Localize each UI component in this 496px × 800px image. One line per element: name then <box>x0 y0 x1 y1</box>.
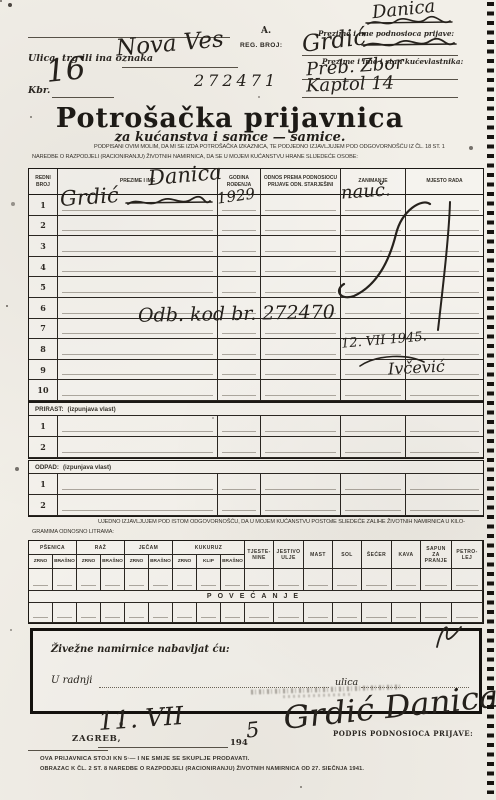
persons-data-cell <box>58 339 218 360</box>
supplies-entry-cell <box>362 603 392 623</box>
supplies-group-header: JESTIVO ULJE <box>274 541 304 569</box>
supplies-entry-cell <box>149 603 173 623</box>
row-number-cell: 2 <box>29 437 58 458</box>
persons-header-cell: MJESTO RADA <box>406 169 483 195</box>
persons-data-cell <box>58 257 218 278</box>
prirast-label-suffix: (izpunjava vlast) <box>68 406 116 413</box>
supplies-group-header: TJESTE- NINE <box>245 541 274 569</box>
supplies-sub-header: ZRNO <box>77 555 101 569</box>
sub-table-data-cell <box>341 437 406 458</box>
supplies-entry-cell <box>274 569 304 591</box>
landlord-handwritten-line2: Kaptol 14 <box>306 74 395 95</box>
supplies-entry-cell <box>362 569 392 591</box>
persons-data-cell <box>261 195 341 216</box>
supplies-entry-cell <box>173 569 197 591</box>
sub-table-data-cell <box>406 495 483 516</box>
sub-table-data-cell <box>406 437 483 458</box>
supplies-entry-cell <box>149 569 173 591</box>
row-number-cell: 3 <box>29 236 58 257</box>
supplies-group-header: ŠEĆER <box>362 541 392 569</box>
prirast-section: PRIRAST: (izpunjava vlast) 12 <box>28 402 484 459</box>
odpad-label-suffix: (izpunjava vlast) <box>63 464 111 471</box>
sub-table-data-cell <box>218 474 261 495</box>
supplies-entry-cell <box>53 569 77 591</box>
crossed-out-name-scribble <box>362 37 456 53</box>
povecanje-row: POVEĆANJE <box>29 591 483 603</box>
sub-table-data-cell <box>58 437 218 458</box>
city-label: ZAGREB, <box>72 734 121 744</box>
row-number-cell: 10 <box>29 380 58 401</box>
purchase-line1: Živežne namirnice nabavljat ću: <box>51 644 230 655</box>
row-number-cell: 1 <box>29 416 58 437</box>
supplies-sub-header: ZRNO <box>29 555 53 569</box>
persons-data-cell <box>58 380 218 401</box>
section-letter: A. <box>261 26 271 36</box>
supplies-entry-cell <box>173 603 197 623</box>
reg-number-label: REG. BROJ: <box>240 42 282 49</box>
supplies-sub-header: BRAŠNO <box>101 555 125 569</box>
handwritten-flourish <box>332 200 462 335</box>
footer-divider-line <box>28 750 108 751</box>
row-number-cell: 2 <box>29 495 58 516</box>
row-number-cell: 8 <box>29 339 58 360</box>
supplies-group-header: KUKURUZ <box>173 541 245 555</box>
street-writing-line <box>122 67 238 68</box>
declaration-line2: NAREDBE O RAZPODJELI (RACIONIRANJU) ŽIVO… <box>32 153 358 163</box>
supplies-entry-cell <box>125 569 149 591</box>
person-row1-surname-handwritten: Grdić <box>59 185 119 210</box>
supplies-entry-cell <box>245 569 274 591</box>
supplies-entry-cell <box>304 603 333 623</box>
supplies-entry-cell <box>77 569 101 591</box>
supplies-entry-cell <box>197 569 221 591</box>
persons-data-cell <box>218 380 261 401</box>
supplies-declaration-line1: UJEDNO IZJAVLJUJEM POD ISTOM ODGOVORNOŠĆ… <box>32 518 465 528</box>
sub-table-data-cell <box>261 495 341 516</box>
persons-data-cell <box>261 257 341 278</box>
supplies-group-header: JEČAM <box>125 541 173 555</box>
price-note: OVA PRIJAVNICA STOJI KN 5·— I NE SMIJE S… <box>40 756 250 762</box>
supplies-entry-cell <box>304 569 333 591</box>
cancellation-note-handwritten: Odb. kod br. 272470 <box>138 303 335 325</box>
official-signature-handwritten: Ivčević <box>388 359 446 378</box>
persons-header-cell: REDNI BROJ <box>29 169 58 195</box>
form-reference-note: OBRAZAC K ČL. 2 ST. 8 NAREDBE O RAZPODJE… <box>40 766 364 772</box>
sub-table-data-cell <box>406 416 483 437</box>
supplies-entry-cell <box>221 569 245 591</box>
year-printed: 194 <box>230 738 248 748</box>
prirast-label: PRIRAST: <box>35 406 64 413</box>
scan-noise-speckles <box>0 0 2 2</box>
sub-table-data-cell <box>341 416 406 437</box>
street-handwritten-value: Nova Ves <box>115 28 225 60</box>
sub-table-data-cell <box>58 416 218 437</box>
persons-data-cell <box>218 277 261 298</box>
persons-data-cell <box>261 380 341 401</box>
persons-data-cell <box>261 360 341 381</box>
supplies-entry-cell <box>197 603 221 623</box>
sub-table-data-cell <box>261 437 341 458</box>
sub-table-data-cell <box>261 474 341 495</box>
applicant-surname-handwritten: Grdić <box>301 26 368 57</box>
supplies-entry-cell <box>221 603 245 623</box>
supplies-group-header: RAŽ <box>77 541 125 555</box>
persons-data-cell <box>406 380 483 401</box>
persons-data-cell <box>58 216 218 237</box>
persons-data-cell <box>218 360 261 381</box>
supplies-entry-cell <box>29 603 53 623</box>
supplies-declaration-line2: GRAMIMA ODNOSNO LITRAMA: <box>32 528 114 538</box>
row-number-cell: 9 <box>29 360 58 381</box>
date-writing-line <box>98 747 228 748</box>
persons-data-cell <box>261 277 341 298</box>
supplies-sub-header: ZRNO <box>125 555 149 569</box>
supplies-entry-cell <box>101 603 125 623</box>
supplies-entry-cell <box>333 603 362 623</box>
city-date-handwritten: 11. VII <box>97 703 184 734</box>
persons-data-cell <box>261 236 341 257</box>
persons-data-cell <box>58 277 218 298</box>
supplies-sub-header: ZRNO <box>173 555 197 569</box>
supplies-entry-cell <box>29 569 53 591</box>
sub-table-data-cell <box>341 474 406 495</box>
supplies-group-header: SAPUN ZA PRANJE <box>421 541 452 569</box>
row-number-cell: 5 <box>29 277 58 298</box>
persons-data-cell <box>218 257 261 278</box>
supplies-group-header: MAST <box>304 541 333 569</box>
persons-data-cell <box>58 236 218 257</box>
supplies-entry-cell <box>245 603 274 623</box>
row-number-cell: 4 <box>29 257 58 278</box>
persons-data-cell <box>218 339 261 360</box>
supplies-entry-cell <box>392 569 421 591</box>
perforation-binding-edge <box>487 2 494 794</box>
supplies-group-header: PŠENICA <box>29 541 77 555</box>
crossed-out-name-scribble <box>366 16 452 30</box>
signature-label: PODPIS PODNOSIOCA PRIJAVE: <box>333 729 473 738</box>
landlord-writing-line2 <box>302 97 458 98</box>
supplies-entry-cell <box>77 603 101 623</box>
persons-header-cell: ODNOS PREMA PODNOSIOCU PRIJAVE ODN. STAR… <box>261 169 341 195</box>
house-number-handwritten: 16 <box>44 53 86 88</box>
odpad-label: ODPAD: <box>35 464 59 471</box>
supplies-entry-cell <box>392 603 421 623</box>
sub-table-data-cell <box>406 474 483 495</box>
scanned-form-page: Ulica, trg ili ina oznaka Nova Ves Kbr. … <box>0 0 496 800</box>
crossed-out-name-scribble <box>126 195 212 211</box>
supplies-entry-cell <box>125 603 149 623</box>
persons-data-cell <box>261 216 341 237</box>
supplies-sub-header: BRAŠNO <box>53 555 77 569</box>
shop-label: U radnji <box>51 675 93 686</box>
persons-data-cell <box>58 360 218 381</box>
supplies-entry-cell <box>53 603 77 623</box>
house-number-line <box>52 97 114 98</box>
supplies-group-header: SOL <box>333 541 362 569</box>
supplies-sub-header: BRAŠNO <box>221 555 245 569</box>
persons-data-cell <box>341 380 406 401</box>
sub-table-data-cell <box>218 495 261 516</box>
supplies-entry-cell <box>333 569 362 591</box>
row-number-cell: 2 <box>29 216 58 237</box>
row-number-cell: 7 <box>29 319 58 340</box>
persons-data-cell <box>218 236 261 257</box>
supplies-group-header: PETRO- LEJ <box>452 541 483 569</box>
supplies-entry-cell <box>274 603 304 623</box>
supplies-group-header: KAVA <box>392 541 421 569</box>
supplies-sub-header: BRAŠNO <box>149 555 173 569</box>
supplies-entry-cell <box>452 569 483 591</box>
sub-table-data-cell <box>58 495 218 516</box>
sub-table-data-cell <box>261 416 341 437</box>
supplies-entry-cell <box>421 569 452 591</box>
supplies-table: PŠENICAZRNOBRAŠNORAŽZRNOBRAŠNOJEČAMZRNOB… <box>28 540 484 624</box>
declaration-line1: PODPISANI OVIM MOLIM, DA MI SE IZDA POTR… <box>32 143 445 153</box>
supplies-entry-cell <box>452 603 483 623</box>
sub-table-data-cell <box>58 474 218 495</box>
sub-table-data-cell <box>218 437 261 458</box>
paraph-mark <box>431 621 465 651</box>
supplies-entry-cell <box>421 603 452 623</box>
row-number-cell: 1 <box>29 195 58 216</box>
reg-number-handwritten: 272471 <box>194 73 279 89</box>
sub-table-data-cell <box>218 416 261 437</box>
odpad-section: ODPAD: (izpunjava vlast) 12 <box>28 460 484 517</box>
supplies-entry-cell <box>101 569 125 591</box>
row-number-cell: 6 <box>29 298 58 319</box>
year-handwritten: 5 <box>245 719 260 741</box>
row-number-cell: 1 <box>29 474 58 495</box>
sub-table-data-cell <box>341 495 406 516</box>
supplies-sub-header: KLIP <box>197 555 221 569</box>
persons-data-cell <box>218 216 261 237</box>
persons-data-cell <box>261 339 341 360</box>
